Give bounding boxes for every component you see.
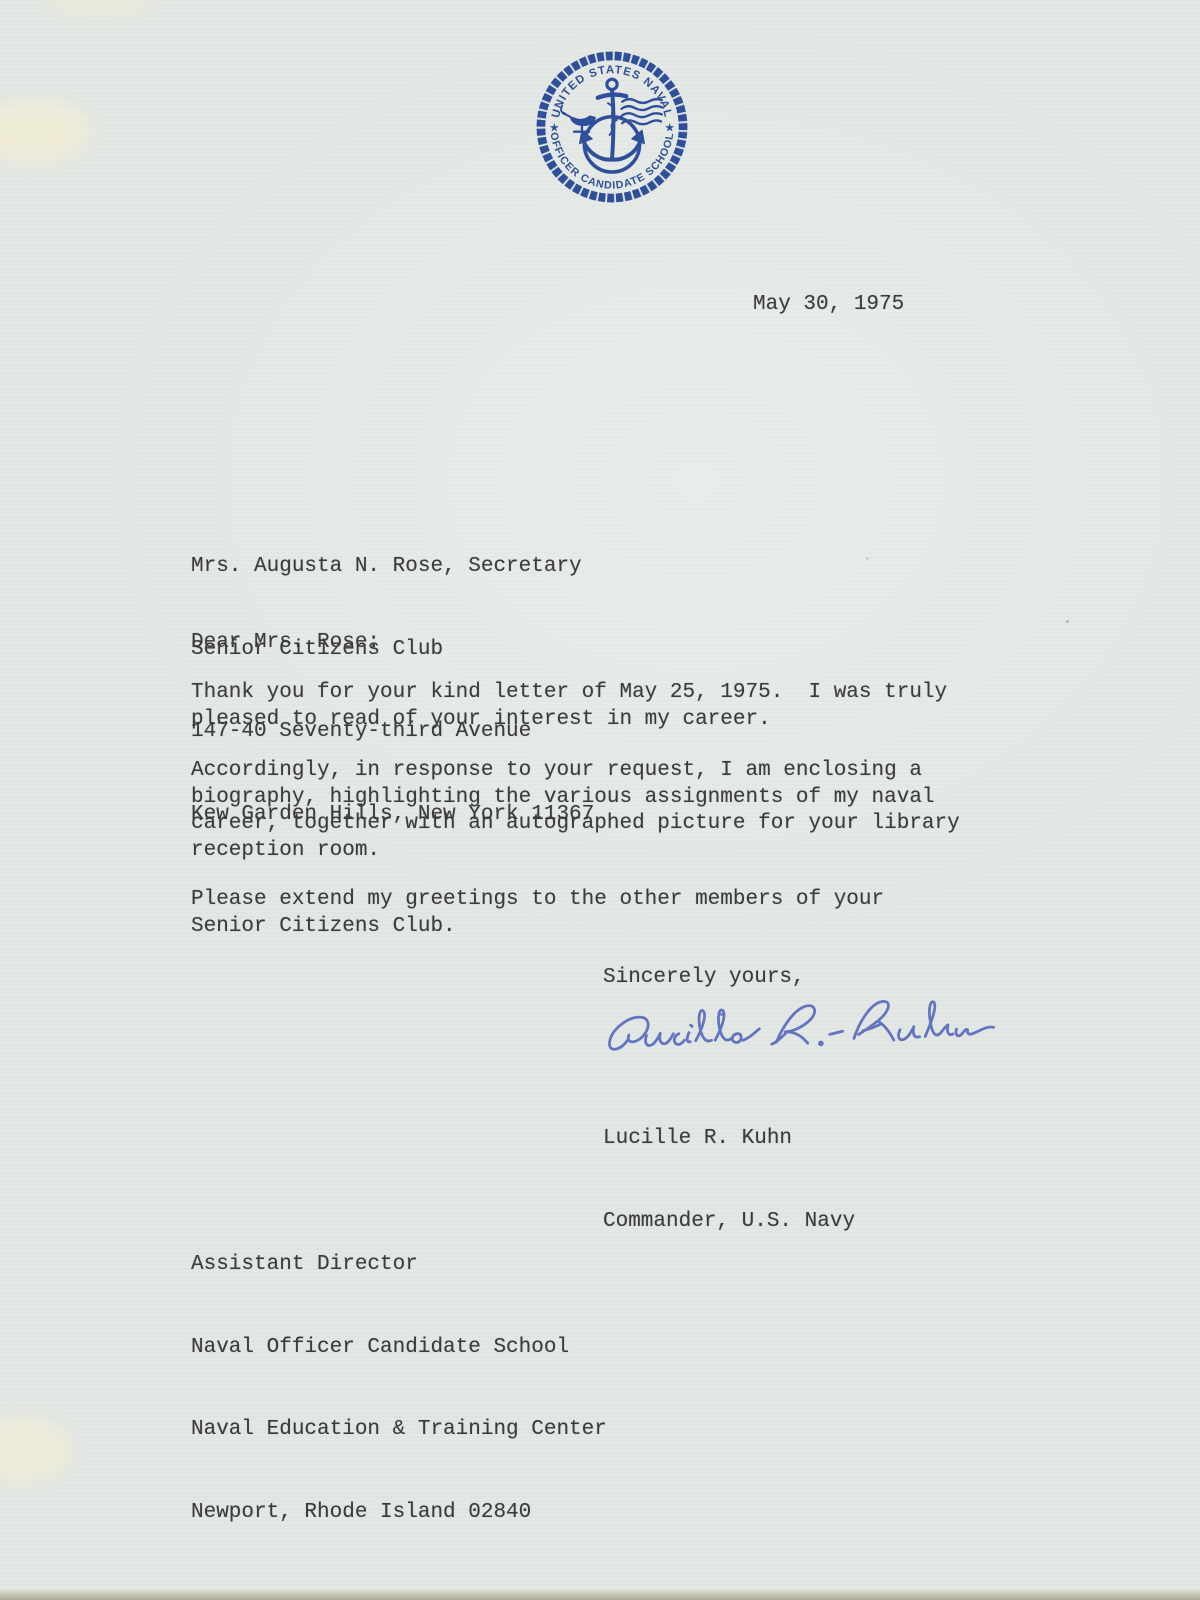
salutation: Dear Mrs. Rose: [191,629,380,657]
sender-block: Assistant Director Naval Officer Candida… [191,1196,607,1581]
ocs-seal: UNITED STATES NAVAL OFFICER CANDIDATE SC… [533,48,691,206]
scan-edge [0,1589,1200,1600]
recipient-line: Mrs. Augusta N. Rose, Secretary [191,553,594,581]
sender-line: Naval Education & Training Center [191,1416,607,1444]
signer-title: Commander, U.S. Navy [603,1208,855,1236]
sender-line: Assistant Director [191,1251,607,1279]
letter-page: UNITED STATES NAVAL OFFICER CANDIDATE SC… [0,0,1200,1600]
paper-stain-bottom-left [0,1418,72,1482]
seal-graphic: UNITED STATES NAVAL OFFICER CANDIDATE SC… [533,48,691,206]
signature-stroke-kuhn [853,999,994,1042]
flag-icon [621,99,661,124]
dust-speck [866,557,869,560]
letter-date: May 30, 1975 [753,291,904,319]
body-paragraph-2: Accordingly, in response to your request… [191,758,960,864]
body-paragraph-1: Thank you for your kind letter of May 25… [191,680,947,733]
sender-line: Naval Officer Candidate School [191,1334,607,1362]
paper-stain-top-edge [45,0,155,14]
dust-speck [1066,620,1069,623]
handwritten-signature [599,976,999,1074]
sender-line: Newport, Rhode Island 02840 [191,1499,607,1527]
body-paragraph-3: Please extend my greetings to the other … [191,887,884,940]
paper-stain-top-left [0,100,90,162]
seal-star-left-icon: ★ [549,121,560,135]
signer-name: Lucille R. Kuhn [603,1125,855,1153]
signature-stroke-lucille [609,1009,760,1049]
seal-star-right-icon: ★ [664,121,675,135]
signer-block: Lucille R. Kuhn Commander, U.S. Navy [603,1070,855,1290]
signature-stroke-r [771,1005,843,1047]
